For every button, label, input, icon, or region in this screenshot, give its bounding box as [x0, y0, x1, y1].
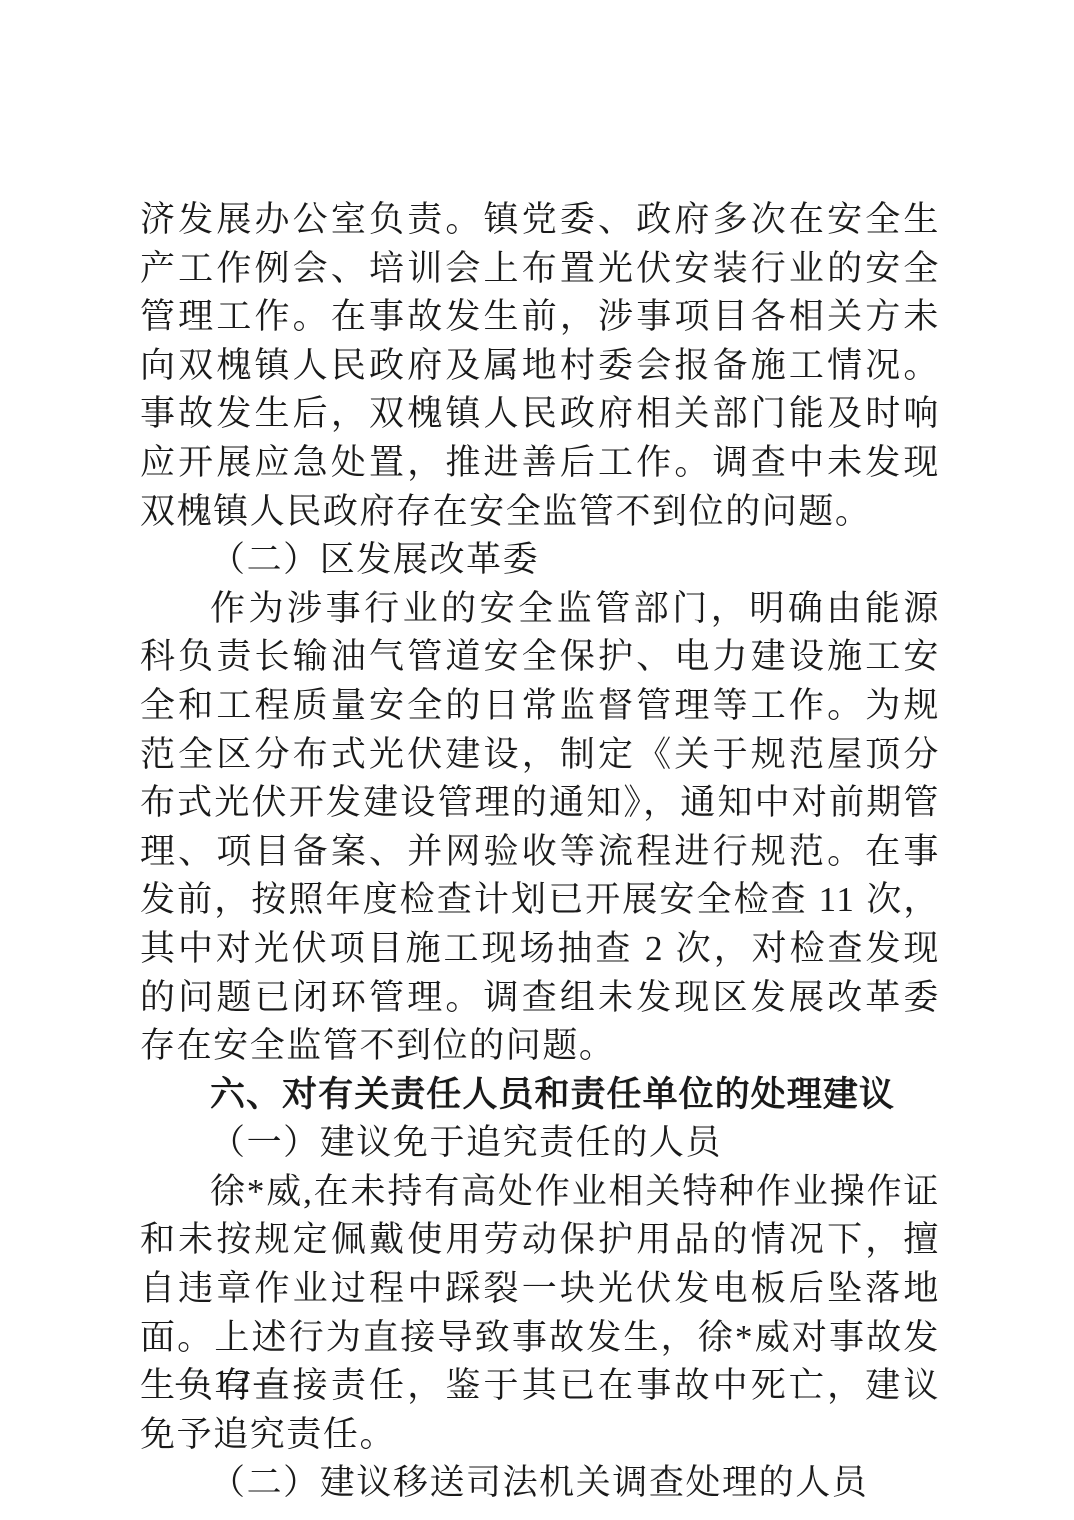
paragraph-xu-wei-responsibility: 徐*威,在未持有高处作业相关特种作业操作证和未按规定佩戴使用劳动保护用品的情况下… [140, 1168, 940, 1460]
subheading-persons-referred-to-judicial-authorities: （二）建议移送司法机关调查处理的人员 [140, 1459, 940, 1508]
document-body: 济发展办公室负责。镇党委、政府多次在安全生产工作例会、培训会上布置光伏安装行业的… [140, 196, 940, 1508]
document-page: 济发展办公室负责。镇党委、政府多次在安全生产工作例会、培训会上布置光伏安装行业的… [0, 0, 1074, 1520]
paragraph-district-drc-duties: 作为涉事行业的安全监管部门，明确由能源科负责长输油气管道安全保护、电力建设施工安… [140, 585, 940, 1071]
page-number: —12— [176, 1362, 291, 1402]
subheading-persons-exempt-from-liability: （一）建议免于追究责任的人员 [140, 1119, 940, 1168]
heading-section-six-handling-recommendations: 六、对有关责任人员和责任单位的处理建议 [140, 1071, 940, 1120]
subheading-district-development-reform-commission: （二）区发展改革委 [140, 536, 940, 585]
paragraph-town-government-oversight-continued: 济发展办公室负责。镇党委、政府多次在安全生产工作例会、培训会上布置光伏安装行业的… [140, 196, 940, 536]
